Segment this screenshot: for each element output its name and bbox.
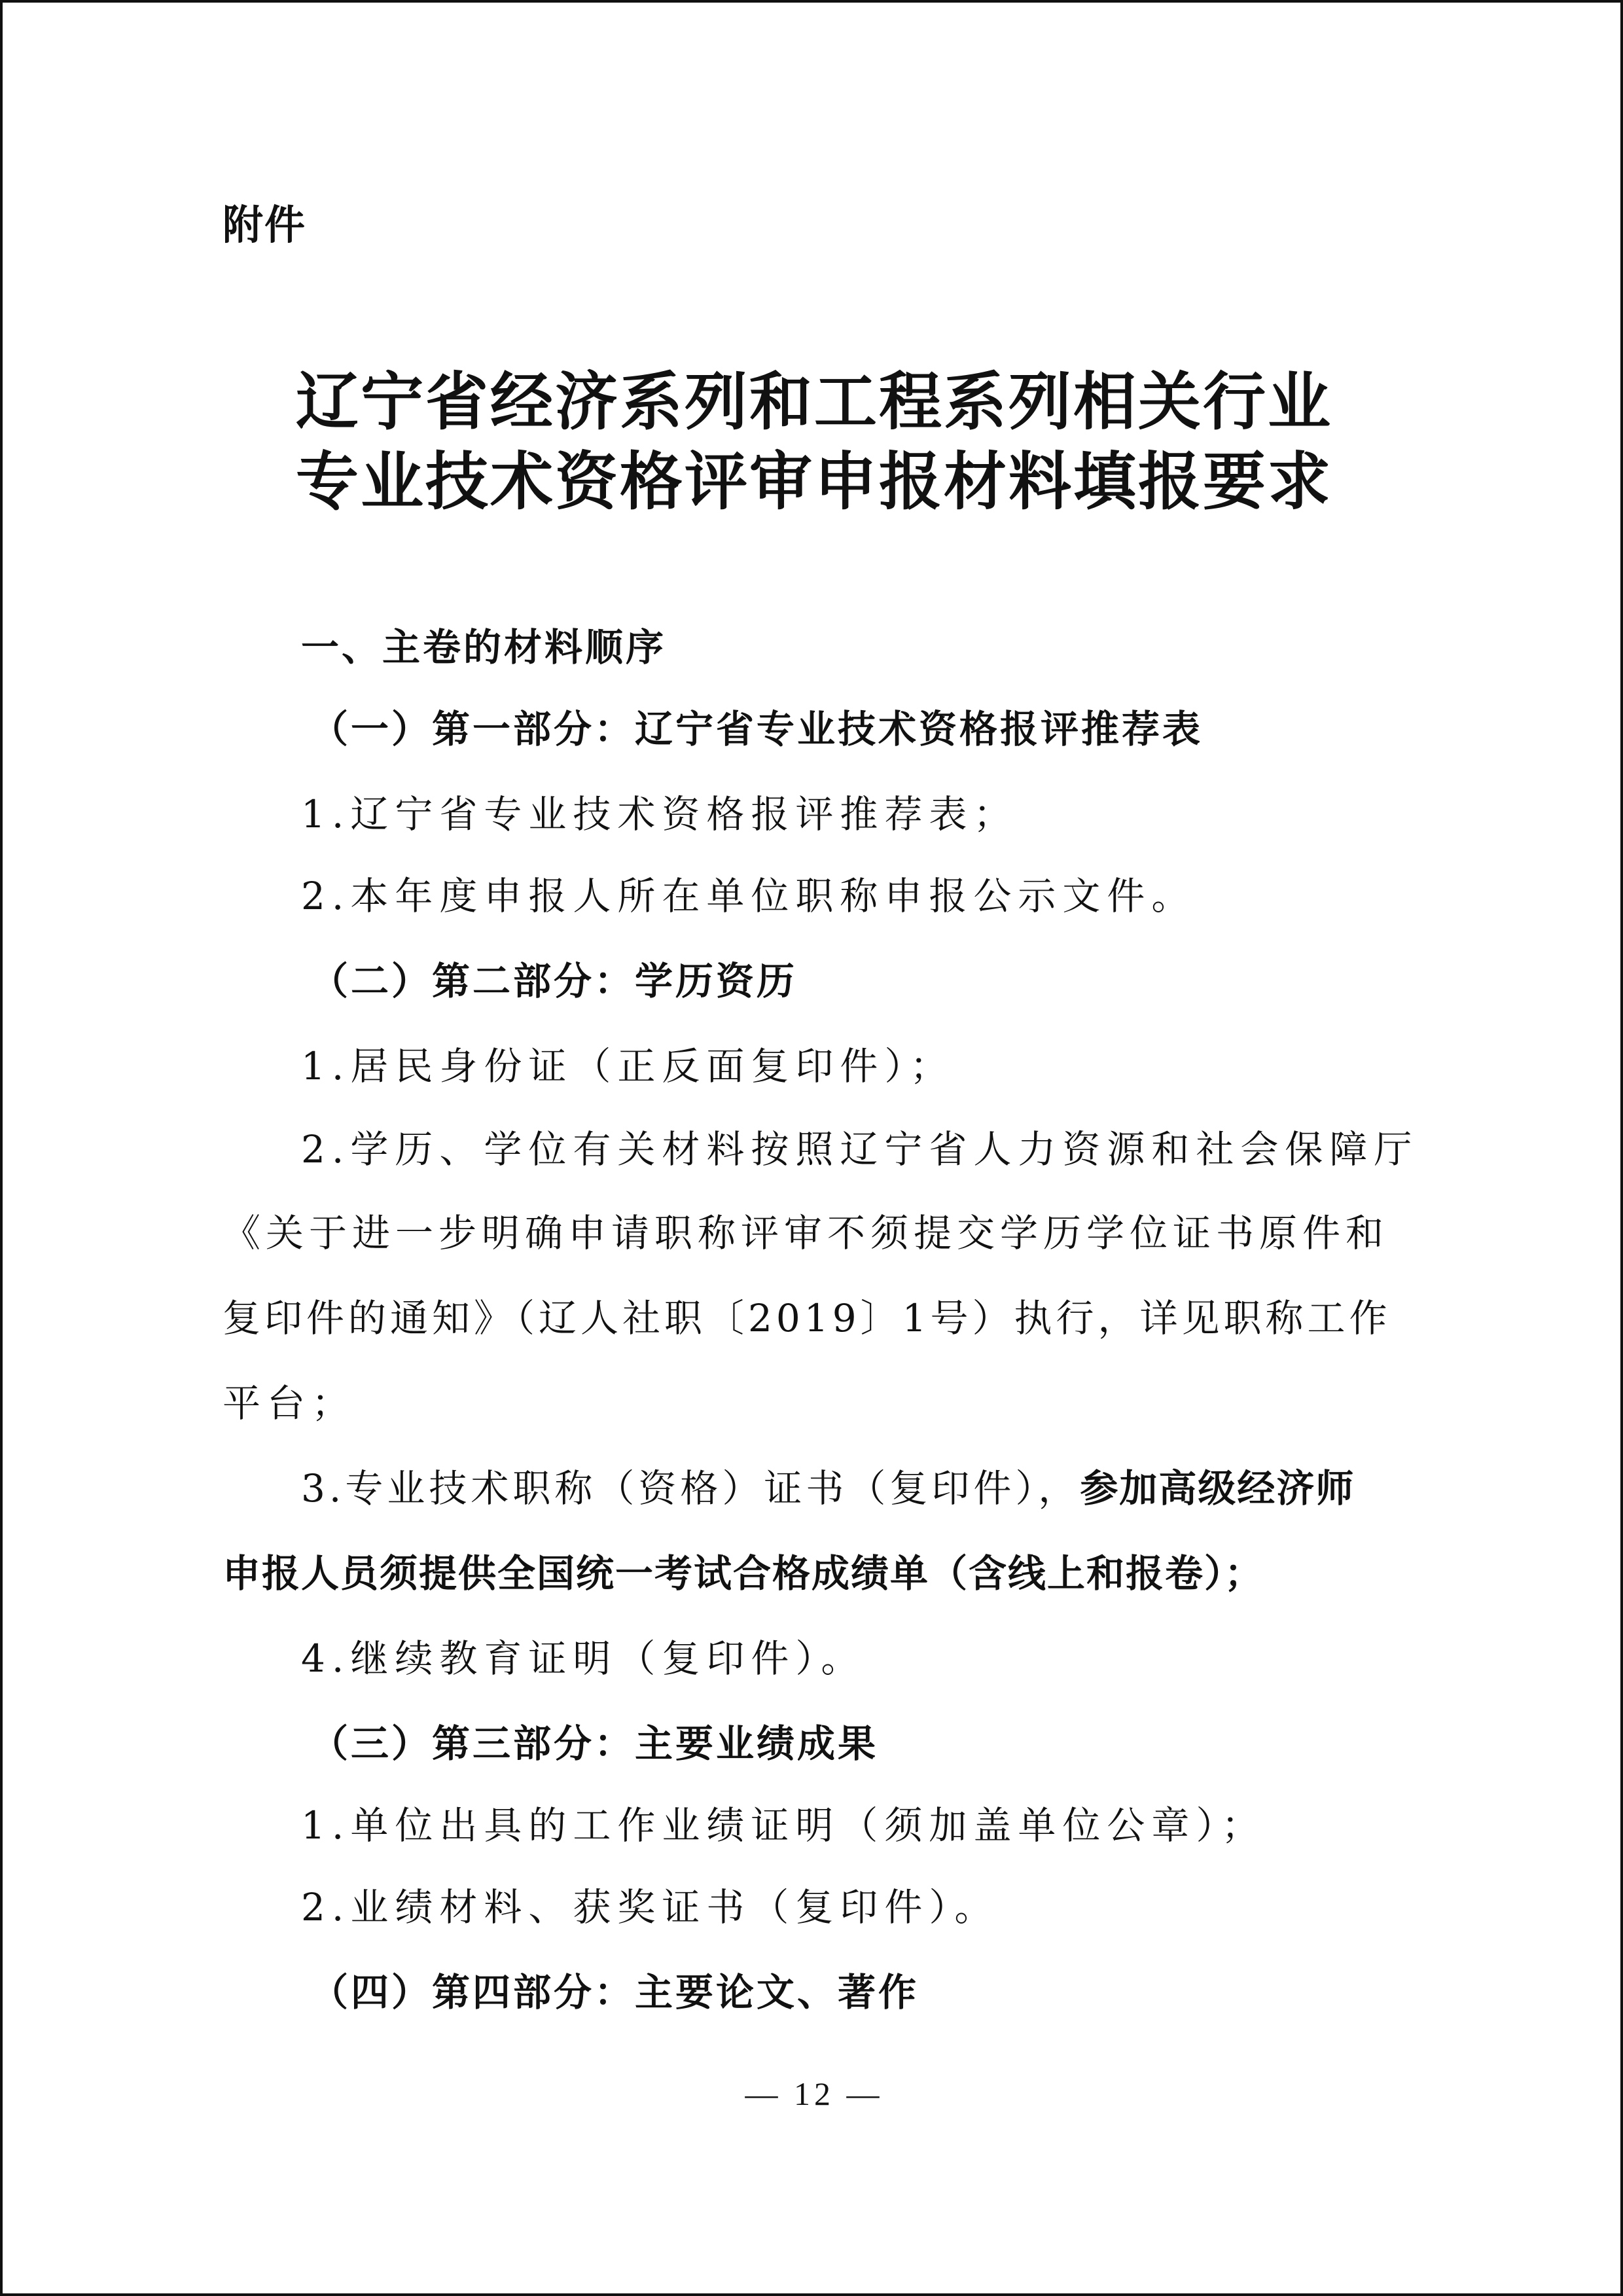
part-2-item-2-line-1: 2.学历、学位有关材料按照辽宁省人力资源和社会保障厅	[301, 1123, 1486, 1175]
part-2-item-4: 4.继续教育证明（复印件）。	[301, 1632, 1486, 1685]
part-2-item-2-line-3: 复印件的通知》（辽人社职〔2019〕1号）执行，详见职称工作	[223, 1292, 1407, 1344]
part-1-item-1: 1.辽宁省专业技术资格报评推荐表；	[301, 788, 1486, 840]
part-3-item-2: 2.业绩材料、获奖证书（复印件）。	[301, 1881, 1486, 1933]
part-2-item-2-line-4: 平台；	[223, 1377, 1407, 1429]
part-2-item-1: 1.居民身份证（正反面复印件）；	[301, 1040, 1486, 1092]
part-3-heading: （三）第三部分：主要业绩成果	[310, 1717, 1495, 1770]
document-title-line-2: 专业技术资格评审申报材料填报要求	[3, 442, 1623, 521]
part-2-item-3-bold-text: 参加高级经济师	[1080, 1466, 1355, 1511]
part-2-item-3-text: 3.专业技术职称（资格）证书（复印件），	[301, 1466, 1080, 1511]
part-2-heading: （二）第二部分：学历资历	[310, 955, 1495, 1007]
part-3-item-1: 1.单位出具的工作业绩证明（须加盖单位公章）；	[301, 1799, 1486, 1852]
page-number: — 12 —	[3, 2071, 1623, 2117]
part-1-heading: （一）第一部分：辽宁省专业技术资格报评推荐表	[310, 703, 1495, 755]
part-2-item-2-line-2: 《关于进一步明确申请职称评审不须提交学历学位证书原件和	[223, 1207, 1407, 1259]
document-title-line-1: 辽宁省经济系列和工程系列相关行业	[3, 363, 1623, 441]
attachment-label: 附件	[223, 199, 306, 251]
section-heading-main-volume-order: 一、主卷的材料顺序	[301, 621, 1486, 673]
part-2-item-3-line-2-bold: 申报人员须提供全国统一考试合格成绩单（含线上和报卷）；	[223, 1547, 1407, 1600]
part-2-item-3-line-1: 3.专业技术职称（资格）证书（复印件），参加高级经济师	[301, 1462, 1486, 1515]
document-page: 附件 辽宁省经济系列和工程系列相关行业 专业技术资格评审申报材料填报要求 一、主…	[0, 0, 1623, 2296]
part-4-heading: （四）第四部分：主要论文、著作	[310, 1966, 1495, 2018]
part-1-item-2: 2.本年度申报人所在单位职称申报公示文件。	[301, 870, 1486, 922]
